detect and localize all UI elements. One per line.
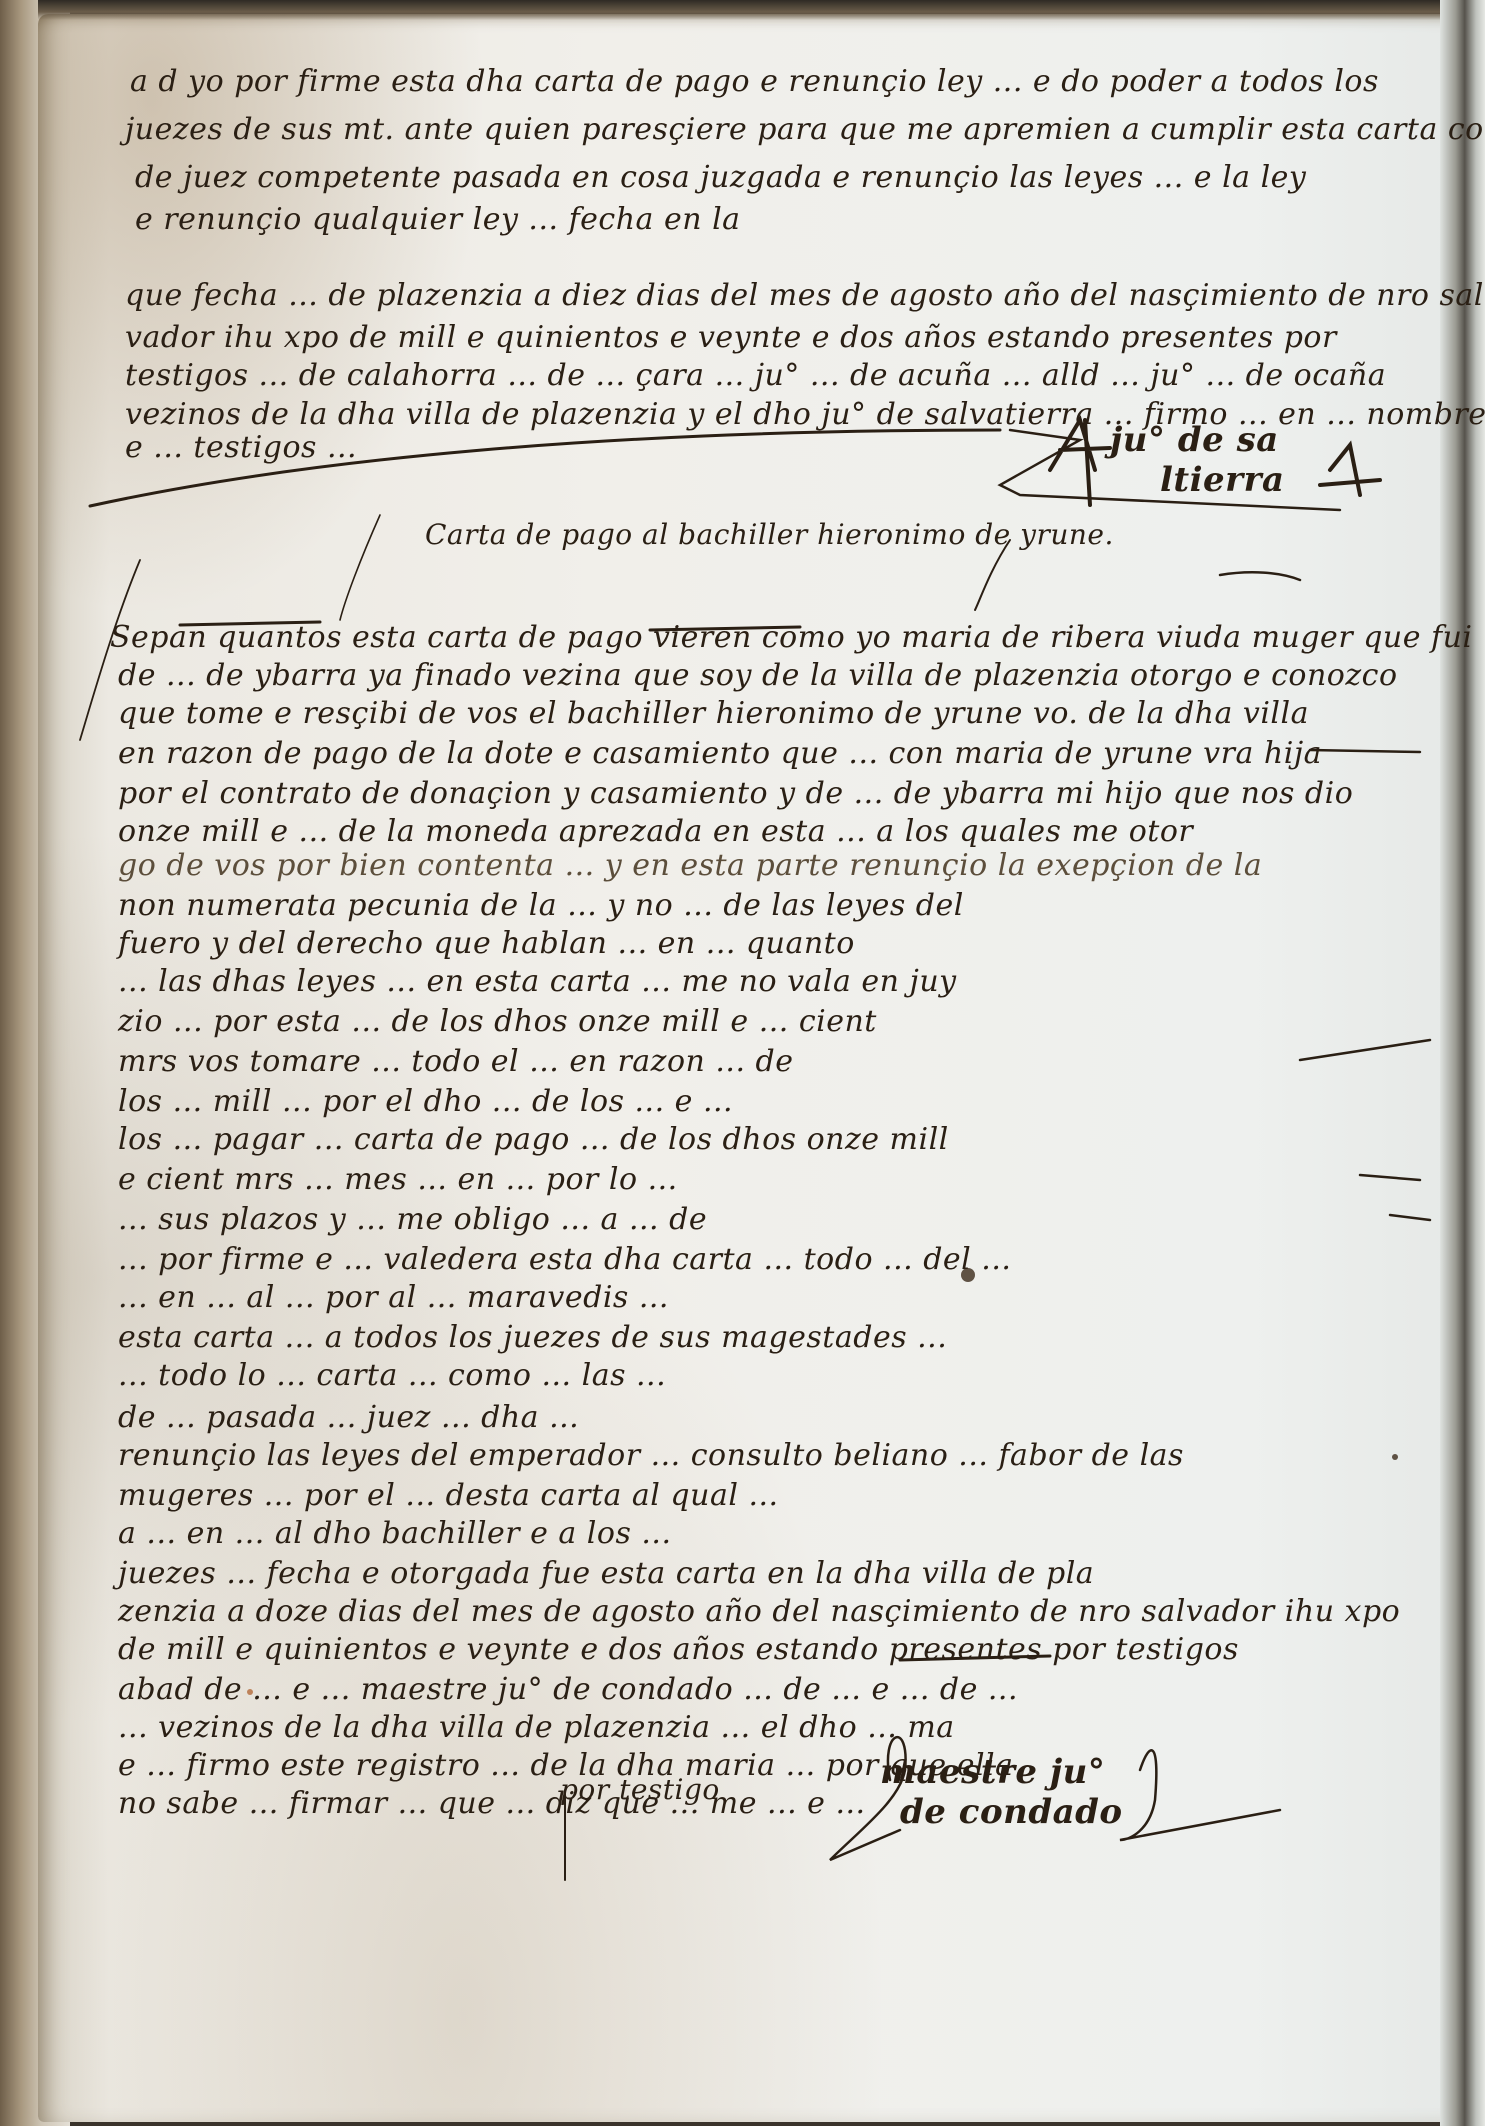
- signature-line: ltierra: [1160, 460, 1285, 500]
- entry-2-line: los ... mill ... por el dho ... de los .…: [118, 1082, 733, 1122]
- entry-2-line: mugeres ... por el ... desta carta al qu…: [118, 1476, 779, 1516]
- entry-1-line: que fecha ... de plazenzia a diez dias d…: [125, 276, 1484, 316]
- entry-2-line: de ... de ybarra ya finado vezina que so…: [118, 656, 1398, 696]
- entry-1-line: a d yo por firme esta dha carta de pago …: [130, 62, 1380, 102]
- entry-2-line: ... por firme e ... valedera esta dha ca…: [118, 1240, 1011, 1280]
- entry-2-line: renunçio las leyes del emperador ... con…: [118, 1436, 1184, 1476]
- entry-2-line: por el contrato de donaçion y casamiento…: [118, 774, 1353, 814]
- signature-line: maestre ju°: [880, 1752, 1105, 1792]
- entry-1-line: vador ihu xpo de mill e quinientos e vey…: [125, 318, 1337, 358]
- entry-1-line: juezes de sus mt. ante quien paresçiere …: [125, 110, 1485, 150]
- entry-2-line: juezes ... fecha e otorgada fue esta car…: [118, 1554, 1094, 1594]
- entry-2-line: go de vos por bien contenta ... y en est…: [118, 846, 1262, 886]
- entry-2-line: zio ... por esta ... de los dhos onze mi…: [118, 1002, 877, 1042]
- entry-2-line: a ... en ... al dho bachiller e a los ..…: [118, 1514, 672, 1554]
- page-gutter: [1440, 0, 1485, 2126]
- signature-line: ju° de sa: [1110, 420, 1279, 460]
- page-top-edge: [38, 0, 1456, 20]
- entry-2-line: ... las dhas leyes ... en esta carta ...…: [118, 962, 957, 1002]
- entry-2-line: de mill e quinientos e veynte e dos años…: [118, 1630, 1239, 1670]
- entry-2-line: abad de ... e ... maestre ju° de condado…: [118, 1670, 1018, 1710]
- entry-2-line: ... sus plazos y ... me obligo ... a ...…: [118, 1200, 707, 1240]
- entry-2-line: zenzia a doze dias del mes de agosto año…: [118, 1592, 1400, 1632]
- entry-2-line: esta carta ... a todos los juezes de sus…: [118, 1318, 947, 1358]
- entry-2-line: ... todo lo ... carta ... como ... las .…: [118, 1356, 666, 1396]
- entry-2-line: ... vezinos de la dha villa de plazenzia…: [118, 1708, 955, 1748]
- entry-2-line: que tome e resçibi de vos el bachiller h…: [118, 694, 1309, 734]
- entry-2-line: en razon de pago de la dote e casamiento…: [118, 734, 1322, 774]
- signature-line: de condado: [900, 1792, 1123, 1832]
- entry-2-line: mrs vos tomare ... todo el ... en razon …: [118, 1042, 794, 1082]
- entry-heading: Carta de pago al bachiller hieronimo de …: [425, 515, 1114, 555]
- witness-label: por testigo: [560, 1770, 720, 1810]
- entry-1-line: de juez competente pasada en cosa juzgad…: [135, 158, 1306, 198]
- entry-2-line: fuero y del derecho que hablan ... en ..…: [118, 924, 855, 964]
- entry-2-line: los ... pagar ... carta de pago ... de l…: [118, 1120, 949, 1160]
- entry-2-line: ... en ... al ... por al ... maravedis .…: [118, 1278, 669, 1318]
- entry-1-line: testigos ... de calahorra ... de ... çar…: [125, 356, 1386, 396]
- entry-1-line: e renunçio qualquier ley ... fecha en la: [135, 200, 741, 240]
- entry-1-line: e ... testigos ...: [125, 428, 357, 468]
- entry-2-line: no sabe ... firmar ... que ... diz que .…: [118, 1784, 866, 1824]
- entry-2-line: non numerata pecunia de la ... y no ... …: [118, 886, 964, 926]
- entry-2-line: de ... pasada ... juez ... dha ...: [118, 1398, 579, 1438]
- entry-2-line: Sepan quantos esta carta de pago vieren …: [110, 618, 1473, 658]
- entry-2-line: e cient mrs ... mes ... en ... por lo ..…: [118, 1160, 678, 1200]
